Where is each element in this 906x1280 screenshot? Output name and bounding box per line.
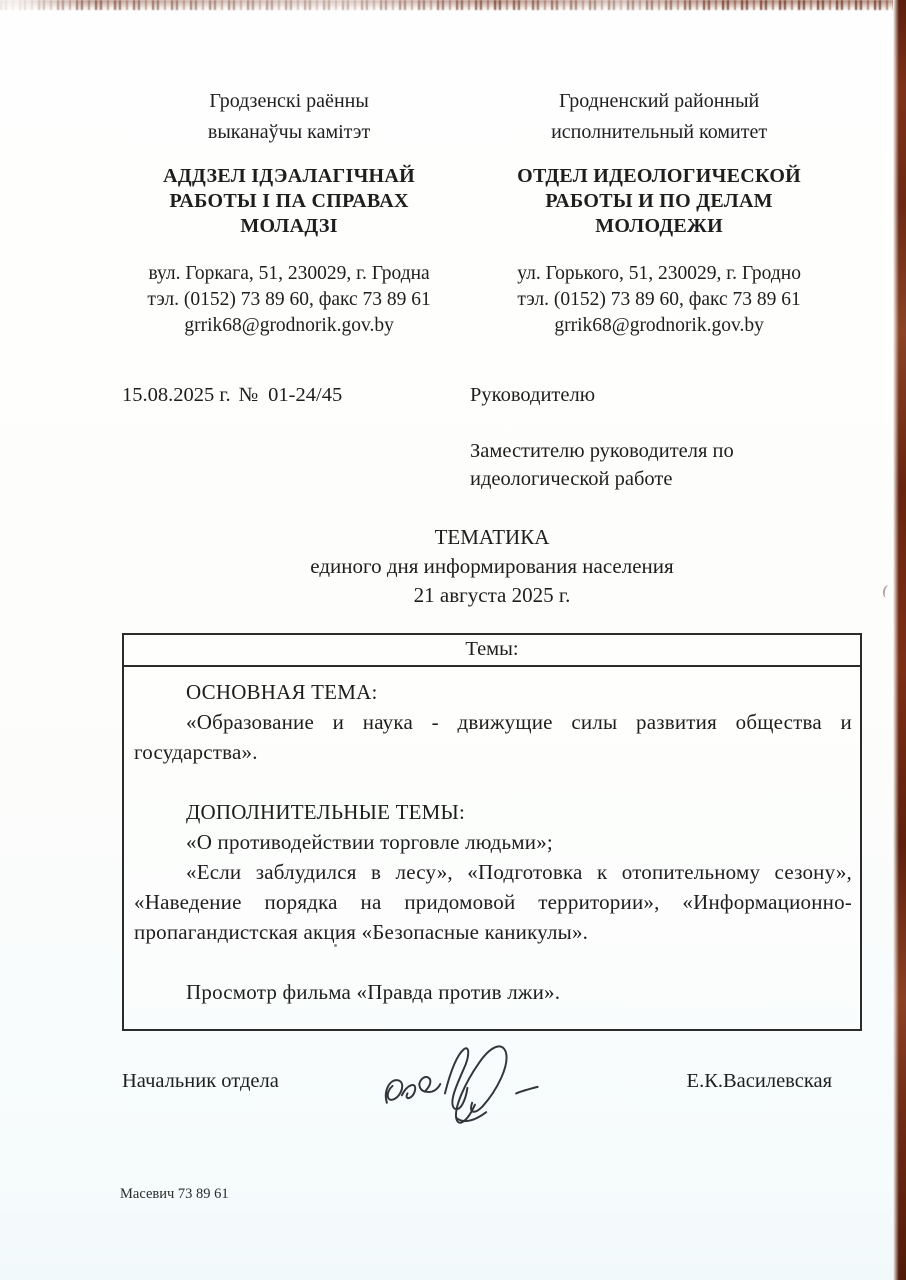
theme-paragraph: ДОПОЛНИТЕЛЬНЫЕ ТЕМЫ: xyxy=(134,797,852,827)
org-name-line: выканаўчы камітэт xyxy=(122,117,456,148)
org-name-line: Гродзенскі раённы xyxy=(122,86,456,117)
signature-image xyxy=(370,1033,548,1142)
signature-row: Начальник отдела Е.К.Василевская xyxy=(122,1057,862,1093)
addressee-primary: Руководителю xyxy=(470,381,810,409)
title-line-3: 21 августа 2025 г. xyxy=(122,581,862,610)
document-date: 15.08.2025 г. xyxy=(122,384,231,406)
phone-fax: тэл. (0152) 73 89 60, факс 73 89 61 xyxy=(456,287,862,313)
document-content: Гродзенскі раённы выканаўчы камітэт АДДЗ… xyxy=(0,0,906,1093)
department-name: ОТДЕЛ ИДЕОЛОГИЧЕСКОЙ РАБОТЫ И ПО ДЕЛАМ М… xyxy=(456,164,862,239)
org-name-line: исполнительный комитет xyxy=(456,117,862,148)
theme-paragraph: «О противодействии торговле людьми»; xyxy=(134,827,852,857)
department-name-line: РАБОТЫ И ПО ДЕЛАМ xyxy=(456,189,862,214)
theme-paragraph: Просмотр фильма «Правда против лжи». xyxy=(134,977,852,1007)
addressee-secondary: Заместителю руководителя по идеологическ… xyxy=(470,437,810,493)
executor-note: Масевич 73 89 61 xyxy=(120,1186,229,1203)
theme-paragraph: «Если заблудился в лесу», «Подготовка к … xyxy=(134,857,852,947)
document-title: ТЕМАТИКА единого дня информирования насе… xyxy=(122,523,862,610)
reference-row: 15.08.2025 г.№01-24/45 Руководителю Заме… xyxy=(122,381,862,493)
address-block: ул. Горького, 51, 230029, г. Гродно тэл.… xyxy=(456,261,862,339)
street-address: вул. Горкага, 51, 230029, г. Гродна xyxy=(122,261,456,287)
themes-table: Темы: ОСНОВНАЯ ТЕМА: «Образование и наук… xyxy=(122,633,862,1031)
scan-noise-dot xyxy=(334,944,337,947)
department-name-line: АДДЗЕЛ ІДЭАЛАГІЧНАЙ xyxy=(122,164,456,189)
letterhead-russian: Гродненский районный исполнительный коми… xyxy=(456,86,862,339)
scan-edge-top-artifact xyxy=(0,0,906,10)
theme-paragraph: «Образование и наука - движущие силы раз… xyxy=(134,707,852,767)
number-sign: № xyxy=(239,384,259,406)
email-address: grrik68@grodnorik.gov.by xyxy=(122,313,456,339)
department-name-line: ОТДЕЛ ИДЕОЛОГИЧЕСКОЙ xyxy=(456,164,862,189)
title-line-1: ТЕМАТИКА xyxy=(122,523,862,552)
letterhead-belarusian: Гродзенскі раённы выканаўчы камітэт АДДЗ… xyxy=(122,86,456,339)
scanned-document-page: Гродзенскі раённы выканаўчы камітэт АДДЗ… xyxy=(0,0,906,1280)
phone-fax: тэл. (0152) 73 89 60, факс 73 89 61 xyxy=(122,287,456,313)
department-name-line: МОЛОДЕЖИ xyxy=(456,214,862,239)
themes-table-header: Темы: xyxy=(124,635,860,667)
address-block: вул. Горкага, 51, 230029, г. Гродна тэл.… xyxy=(122,261,456,339)
letterhead: Гродзенскі раённы выканаўчы камітэт АДДЗ… xyxy=(122,86,862,339)
addressee-block: Руководителю Заместителю руководителя по… xyxy=(470,381,810,493)
org-name-line: Гродненский районный xyxy=(456,86,862,117)
department-name: АДДЗЕЛ ІДЭАЛАГІЧНАЙ РАБОТЫ І ПА СПРАВАХ … xyxy=(122,164,456,239)
theme-paragraph: ОСНОВНАЯ ТЕМА: xyxy=(134,677,852,707)
scan-edge-right-artifact xyxy=(893,0,906,1280)
signer-name: Е.К.Василевская xyxy=(687,1057,832,1093)
date-and-number: 15.08.2025 г.№01-24/45 xyxy=(122,381,470,493)
street-address: ул. Горького, 51, 230029, г. Гродно xyxy=(456,261,862,287)
email-address: grrik68@grodnorik.gov.by xyxy=(456,313,862,339)
department-name-line: РАБОТЫ І ПА СПРАВАХ xyxy=(122,189,456,214)
document-number: 01-24/45 xyxy=(268,384,342,406)
themes-table-body: ОСНОВНАЯ ТЕМА: «Образование и наука - дв… xyxy=(124,667,860,1029)
department-name-line: МОЛАДЗІ xyxy=(122,214,456,239)
signer-position: Начальник отдела xyxy=(122,1057,279,1093)
title-line-2: единого дня информирования населения xyxy=(122,552,862,581)
